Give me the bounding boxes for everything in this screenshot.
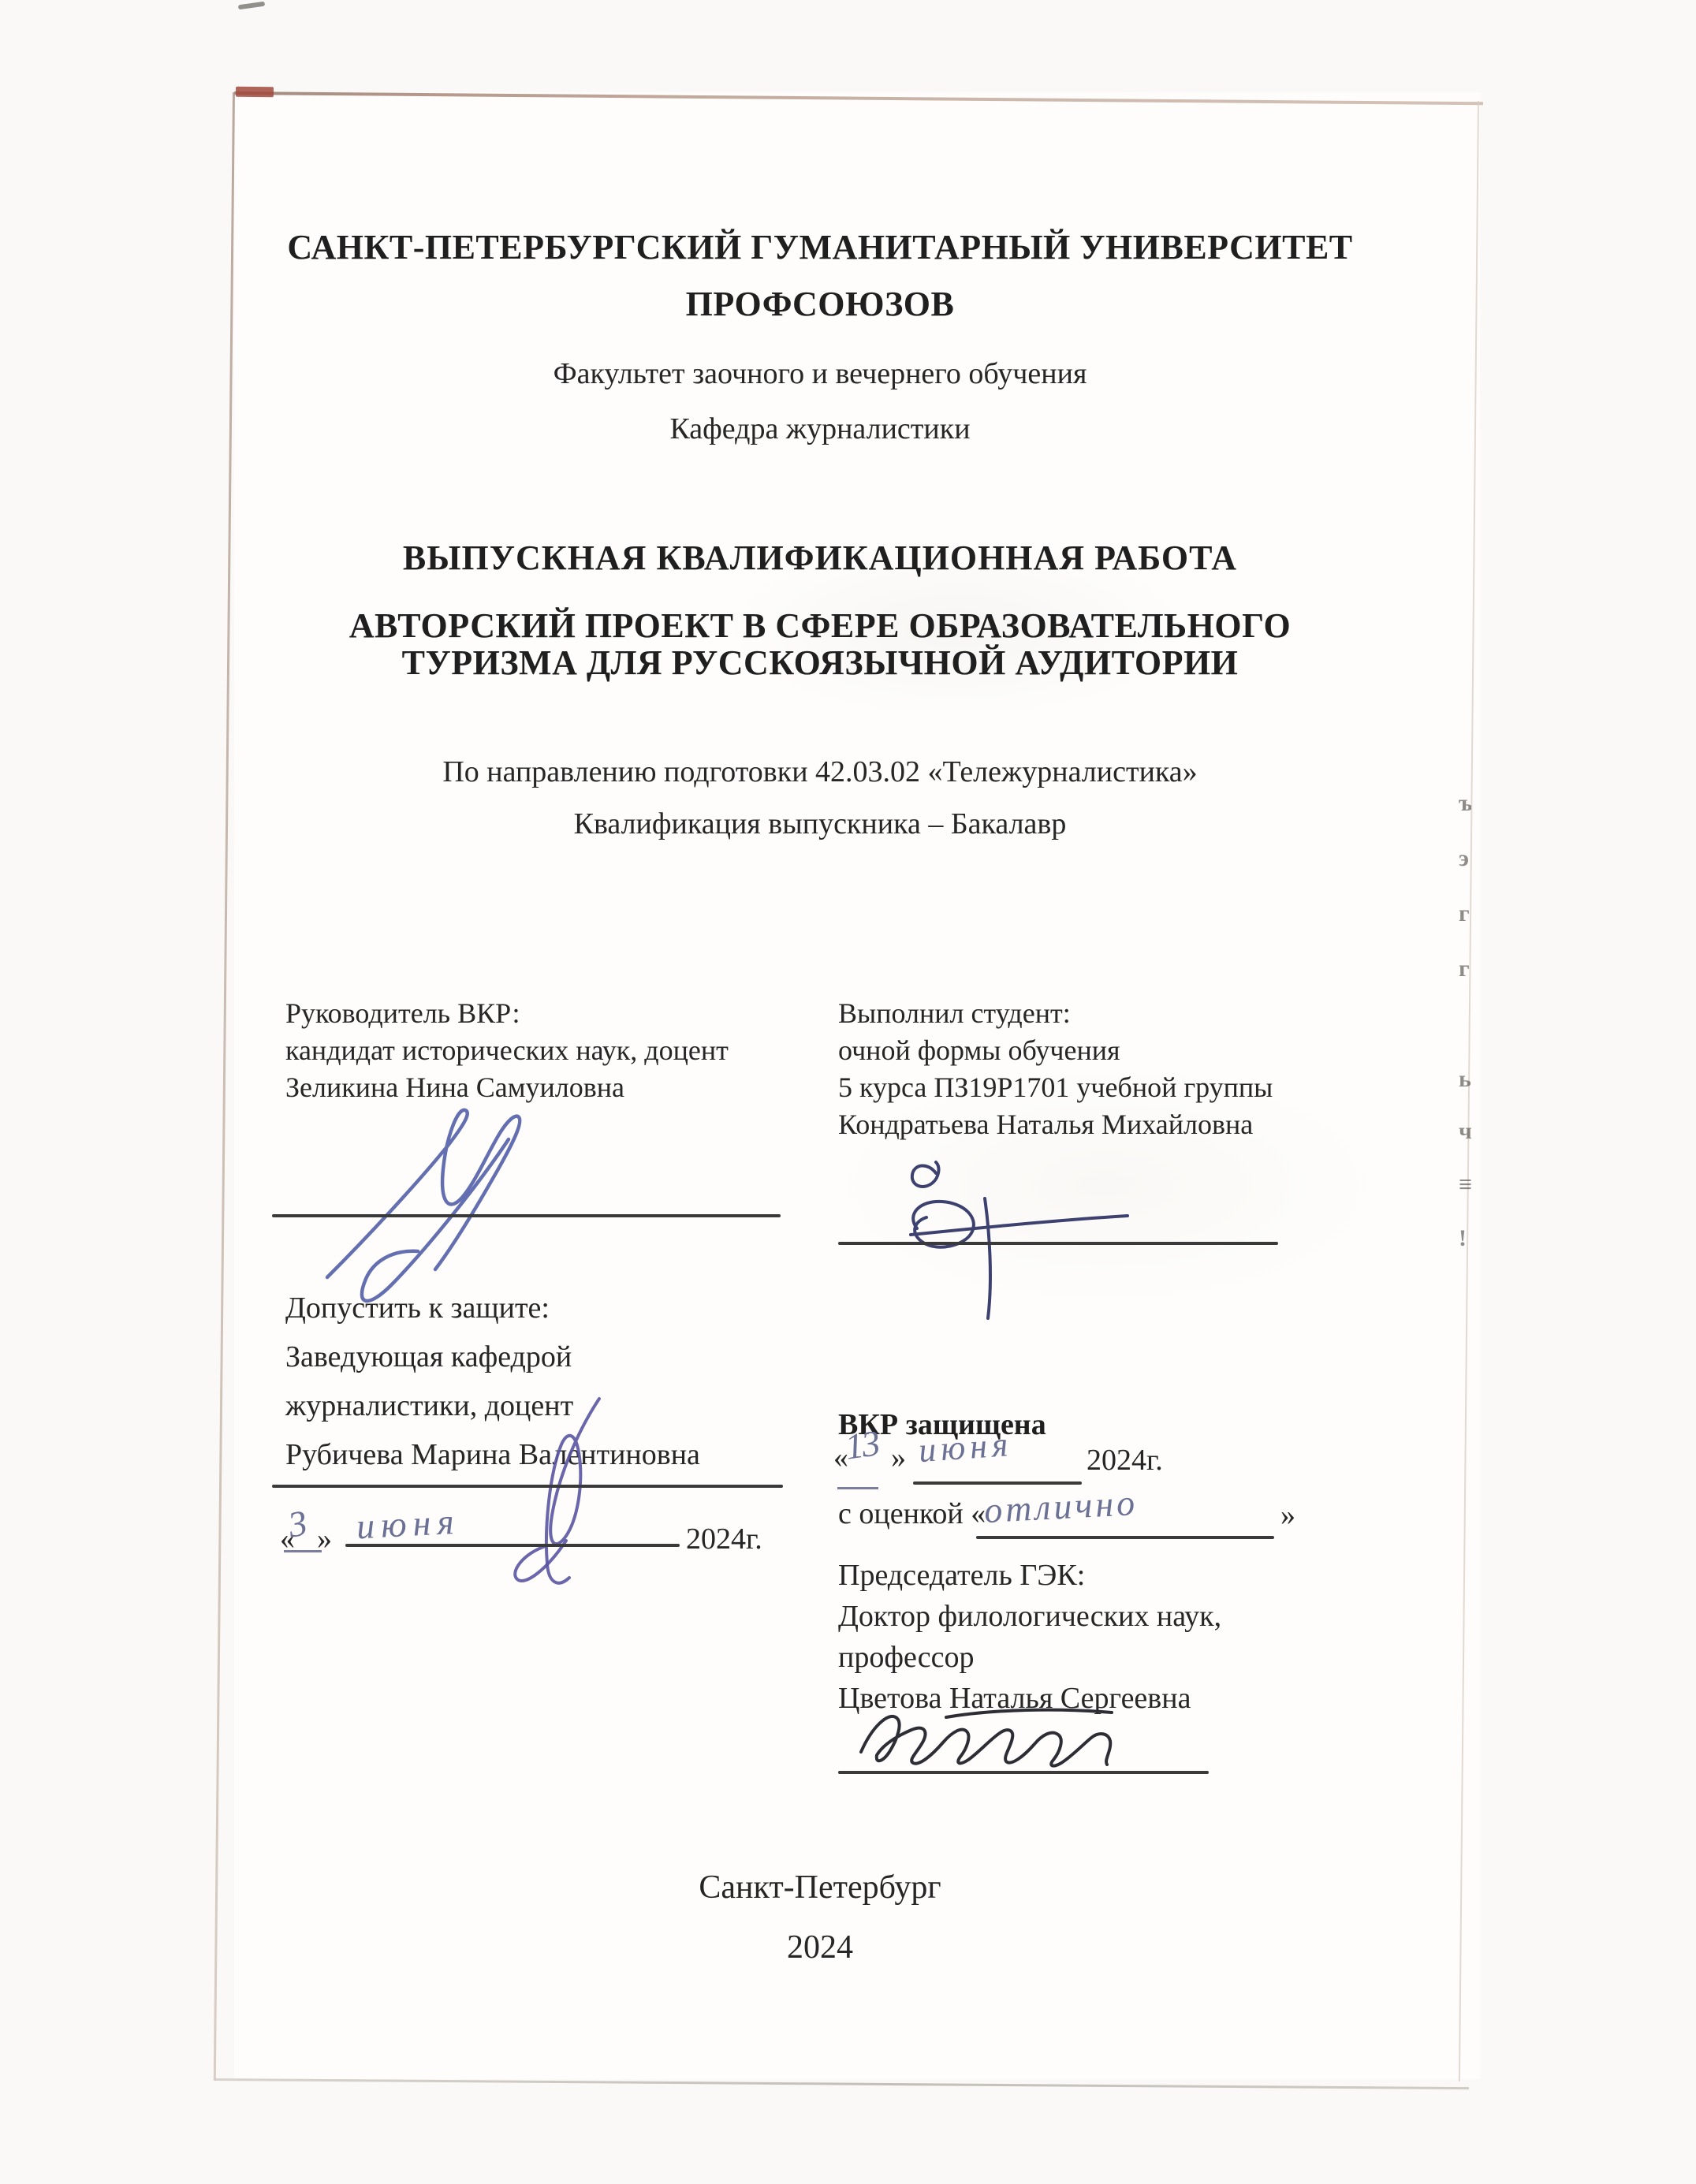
edge-fragment: ъ [1459,790,1471,817]
faculty-name: Факультет заочного и вечернего обучения [237,356,1403,391]
footer-city: Санкт-Петербург [237,1869,1403,1906]
chair-label: Председатель ГЭК: [838,1555,1343,1596]
admission-line2: Заведующая кафедрой [285,1332,806,1381]
student-name: Кондратьева Наталья Михайловна [838,1106,1343,1143]
defense-month-handwritten: июня [917,1424,1014,1470]
scan-artifact-dash [238,2,266,10]
thesis-title-line2: ТУРИЗМА ДЛЯ РУССКОЯЗЫЧНОЙ АУДИТОРИИ [237,643,1403,683]
defense-day-underline [837,1487,878,1489]
footer-year: 2024 [237,1929,1403,1966]
defense-grade-suffix: » [1280,1498,1295,1533]
admission-day-underline [284,1550,322,1552]
admission-month-handwritten: июня [356,1500,461,1548]
direction-line: По направлению подготовки 42.03.02 «Теле… [237,755,1403,789]
edge-fragment: ! [1459,1225,1471,1252]
defense-day-handwritten: 13 [843,1422,882,1467]
supervisor-signature-line [272,1214,781,1217]
work-type-heading: ВЫПУСКНАЯ КВАЛИФИКАЦИОННАЯ РАБОТА [237,538,1403,578]
chair-rank: профессор [838,1637,1343,1678]
admission-line1: Допустить к защите: [285,1284,806,1332]
supervisor-label: Руководитель ВКР: [285,995,806,1032]
page-edge-left [214,92,235,2081]
defense-month-underline [913,1481,1082,1485]
edge-fragment: ь [1459,1066,1471,1093]
edge-fragment: г [1459,900,1471,927]
department-name: Кафедра журналистики [237,412,1403,446]
university-name-line1: САНКТ-ПЕТЕРБУРГСКИЙ ГУМАНИТАРНЫЙ УНИВЕРС… [237,227,1403,267]
chair-signature-line [838,1771,1209,1774]
chair-degree: Доктор филологических наук, [838,1596,1343,1637]
student-label: Выполнил студент: [838,995,1343,1032]
admission-quote-close: » [317,1522,332,1556]
university-name-line2: ПРОФСОЮЗОВ [237,284,1403,324]
chair-block: Председатель ГЭК: Доктор филологических … [838,1555,1343,1719]
edge-fragment: э [1459,845,1471,872]
edge-fragment: г [1459,956,1471,982]
admission-year: 2024г. [686,1522,762,1556]
defense-grade-underline [976,1536,1274,1539]
student-block: Выполнил студент: очной формы обучения 5… [838,995,1343,1143]
defense-grade-prefix: с оценкой « [838,1496,986,1531]
supervisor-degree: кандидат исторических наук, доцент [285,1032,806,1069]
defense-grade-handwritten: отлично [983,1481,1139,1531]
edge-fragment: ≡ [1459,1172,1471,1198]
student-signature [887,1153,1139,1322]
supervisor-block: Руководитель ВКР: кандидат исторических … [285,995,806,1106]
edge-fragment: ч [1459,1118,1471,1145]
admission-signature [487,1386,633,1595]
page-corner-mark [236,87,274,98]
admission-signature-line [272,1485,783,1488]
scanned-title-page: САНКТ-ПЕТЕРБУРГСКИЙ ГУМАНИТАРНЫЙ УНИВЕРС… [0,0,1696,2184]
chair-signature [852,1703,1143,1774]
student-group: 5 курса ПЗ19Р1701 учебной группы [838,1069,1343,1106]
student-form: очной формы обучения [838,1032,1343,1069]
defense-quote-close: » [891,1440,906,1475]
defense-year: 2024г. [1087,1443,1163,1478]
thesis-title-line1: АВТОРСКИЙ ПРОЕКТ В СФЕРЕ ОБРАЗОВАТЕЛЬНОГ… [237,606,1403,646]
qualification-line: Квалификация выпускника – Бакалавр [237,807,1403,841]
student-signature-line [838,1242,1278,1245]
page-edge-bottom [215,2078,1469,2089]
